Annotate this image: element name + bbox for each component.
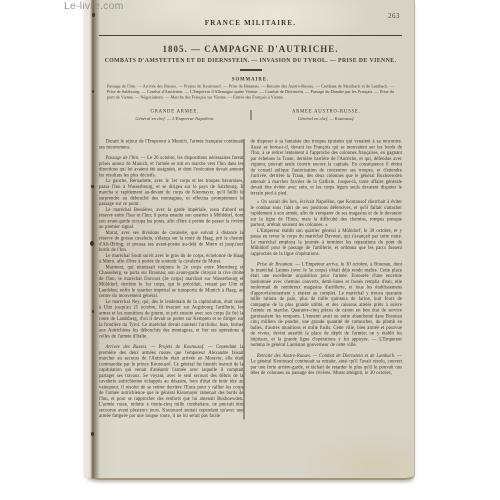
site-watermark: Le-livre.com [64, 0, 124, 12]
body-paragraph: L'Empereur établit son quartier général … [251, 228, 402, 257]
body-paragraph: Durant le séjour de l'Empereur à Munich,… [99, 139, 244, 151]
body-paragraph: La gauche, Bernadotte, avec le 1er corps… [99, 179, 244, 208]
chapter-title: 1805. — CAMPAGNE D'AUTRICHE. [99, 44, 402, 54]
armies-vertical-rule [251, 110, 252, 120]
left-column: Durant le séjour de l'Empereur à Munich,… [99, 139, 244, 419]
sommaire-heading: SOMMAIRE. [99, 77, 402, 82]
page-content: FRANCE MILITAIRE. 263 1805. — CAMPAGNE D… [99, 0, 402, 475]
section-lead: Passage de l'Inn. [106, 156, 140, 161]
army-right-name: ARMÉE AUSTRO-RUSSE. [251, 109, 403, 114]
body-paragraph: Le maréchal Ney, qui, dès le lendemain d… [99, 299, 244, 339]
paragraph-text: — Cependant la première des deux armées … [99, 345, 244, 419]
running-header: FRANCE MILITAIRE. 263 [99, 0, 402, 30]
body-columns: Durant le séjour de l'Empereur à Munich,… [99, 139, 402, 475]
body-paragraph: Marmont, qui réunissait toujours le 2e c… [99, 265, 244, 300]
paragraph-text: — L'Empereur arriva, le 30 octobre, à Br… [251, 262, 402, 348]
army-left-commander: Général en chef. — L'Empereur Napoléon. [99, 116, 251, 121]
body-paragraph: Passage de l'Inn. — Le 26 octobre, les d… [99, 156, 244, 179]
sommaire-text: Passage de l'Inn. — Arrivée des Russes. … [99, 84, 402, 100]
army-right-commander: Général en chef. — Koutousof. [251, 116, 403, 121]
paragraph-text: L'Empereur établit son quartier général … [251, 228, 402, 256]
journal-masthead: FRANCE MILITAIRE. [205, 19, 296, 27]
page-binding-edge [84, 0, 100, 478]
section-lead: Prise de Braunau. [257, 262, 293, 267]
binding-speck [92, 90, 94, 93]
paragraph-text: Marmont, qui réunissait toujours le 2e c… [99, 265, 244, 299]
binding-speck [90, 241, 94, 246]
photo-canvas: FRANCE MILITAIRE. 263 1805. — CAMPAGNE D… [0, 0, 500, 500]
body-paragraph: Arrivée des Russes. — Projets de Koutous… [99, 345, 244, 420]
body-paragraph: de disposer à sa fantaisie des troupes é… [251, 139, 402, 197]
paragraph-text: Le maréchal Ney, qui, dès le lendemain d… [99, 299, 244, 339]
body-paragraph: Murat, avec ses divisions de cavalerie, … [99, 230, 244, 253]
paragraph-text: de disposer à sa fantaisie des troupes é… [251, 139, 402, 196]
binding-speck [92, 13, 95, 17]
paragraph-text: Durant le séjour de l'Empereur à Munich,… [99, 139, 244, 150]
paragraph-text: Murat, avec ses divisions de cavalerie, … [99, 230, 244, 252]
header-rule [99, 35, 402, 36]
army-right: ARMÉE AUSTRO-RUSSE. Général en chef. — K… [251, 109, 403, 121]
paragraph-text: La gauche, Bernadotte, avec le 1er corps… [99, 179, 244, 207]
army-left-name: GRANDE ARMÉE. [99, 109, 251, 114]
paragraph-text: Le maréchal Bessières, avec la garde imp… [99, 207, 244, 229]
body-paragraph: Le maréchal Bessières, avec la garde imp… [99, 207, 244, 230]
chapter-subtitle: COMBATS D'AMSTETTEN ET DE DIERNSTEIN. — … [99, 58, 402, 64]
paragraph-text: Le maréchal Soult suivit avec le gros du… [99, 253, 244, 264]
binding-speck [92, 310, 94, 313]
binding-speck [91, 185, 94, 188]
section-lead: Arrivée des Russes. — Projets de Koutous… [106, 345, 205, 350]
army-left: GRANDE ARMÉE. Général en chef. — L'Emper… [99, 109, 251, 121]
sommaire: SOMMAIRE. Passage de l'Inn. — Arrivée de… [99, 75, 402, 107]
armies-header: GRANDE ARMÉE. Général en chef. — L'Emper… [99, 109, 402, 135]
section-divider [240, 69, 262, 71]
body-paragraph: Prise de Braunau. — L'Empereur arriva, l… [251, 262, 402, 348]
paragraph-text: « On savait dès lors, écrivait Napoléon,… [251, 200, 402, 228]
body-paragraph: Le maréchal Soult suivit avec le gros du… [99, 253, 244, 265]
body-paragraph: « On savait dès lors, écrivait Napoléon,… [251, 200, 402, 229]
book-page: FRANCE MILITAIRE. 263 1805. — CAMPAGNE D… [84, 0, 415, 480]
body-paragraph: Retraite des Austro-Russes. — Combat de … [251, 353, 402, 376]
section-lead: Retraite des Austro-Russes. — Combat de … [257, 353, 395, 358]
page-number: 263 [388, 12, 400, 20]
right-column: de disposer à sa fantaisie des troupes é… [244, 139, 402, 419]
binding-speck [91, 432, 94, 436]
